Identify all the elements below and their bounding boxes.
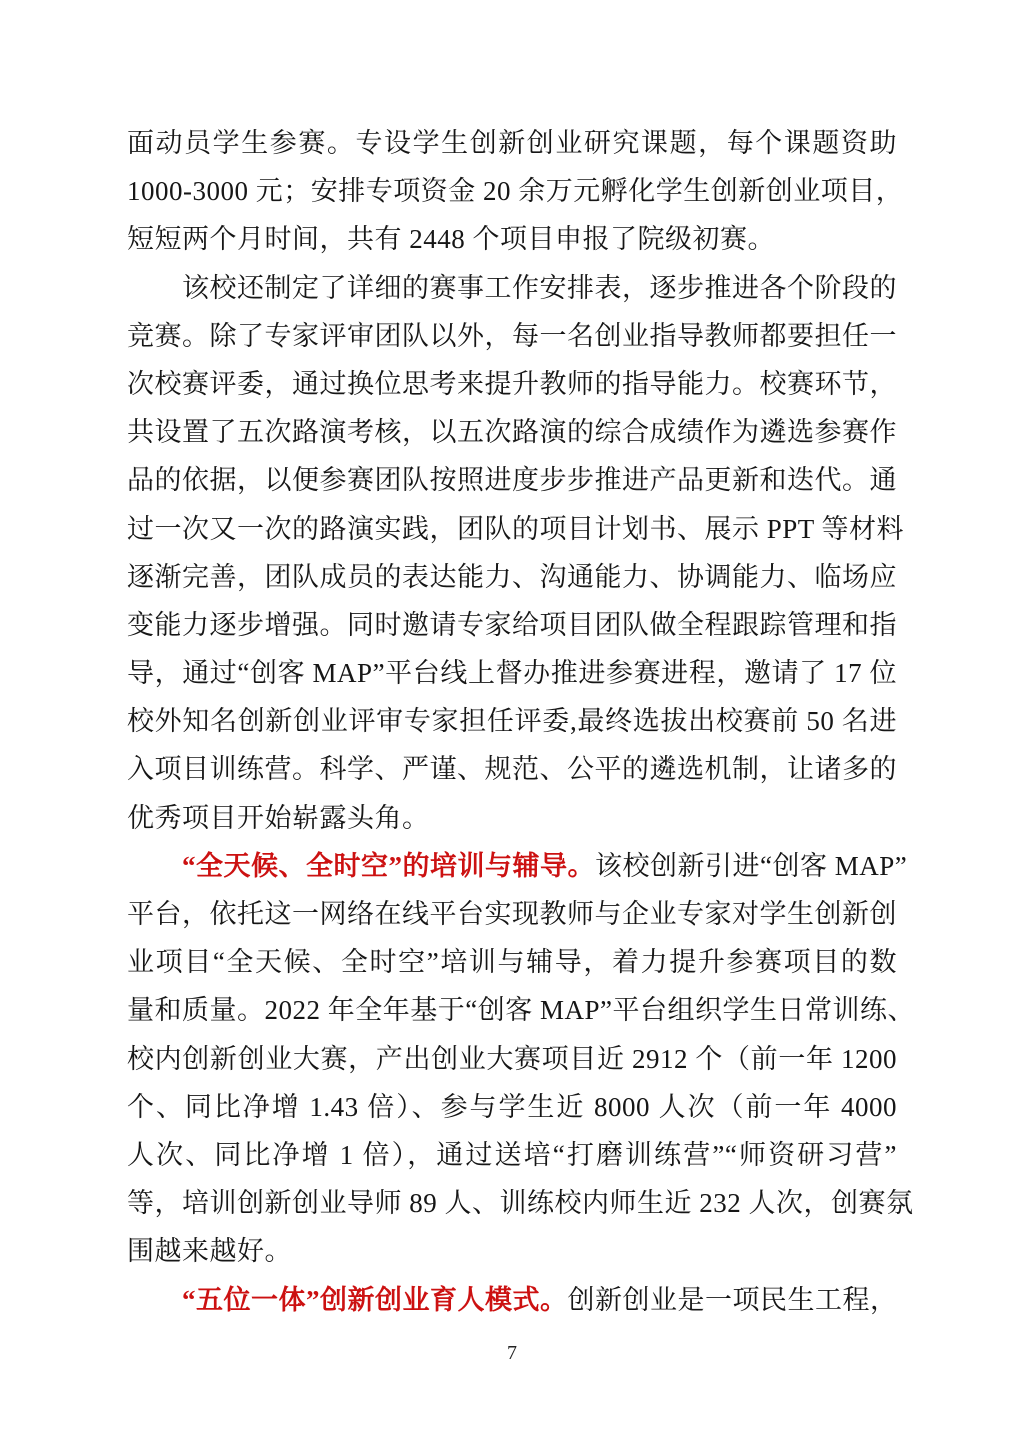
- text-line: 品的依据，以便参赛团队按照进度步步推进产品更新和迭代。通: [127, 456, 897, 504]
- inline-heading-red: “五位一体”创新创业育人模式。: [182, 1285, 568, 1315]
- text-line: 竞赛。除了专家评审团队以外，每一名创业指导教师都要担任一: [127, 312, 897, 360]
- text-line: 变能力逐步增强。同时邀请专家给项目团队做全程跟踪管理和指: [127, 601, 897, 649]
- text-line: 优秀项目开始崭露头角。: [127, 794, 897, 842]
- text-line: 等，培训创新创业导师 89 人、训练校内师生近 232 人次，创赛氛: [127, 1179, 897, 1227]
- text-line: 平台，依托这一网络在线平台实现教师与企业专家对学生创新创: [127, 890, 897, 938]
- text-line: 短短两个月时间，共有 2448 个项目申报了院级初赛。: [127, 215, 897, 263]
- text-line: 导，通过“创客 MAP”平台线上督办推进参赛进程，邀请了 17 位: [127, 649, 897, 697]
- text-line: 量和质量。2022 年全年基于“创客 MAP”平台组织学生日常训练、: [127, 986, 897, 1034]
- text-line: 个、同比净增 1.43 倍）、参与学生近 8000 人次（前一年 4000: [127, 1083, 897, 1131]
- text-line: 逐渐完善，团队成员的表达能力、沟通能力、协调能力、临场应: [127, 553, 897, 601]
- inline-heading-red: “全天候、全时空”的培训与辅导。: [182, 851, 595, 881]
- text-line: 次校赛评委，通过换位思考来提升教师的指导能力。校赛环节，: [127, 360, 897, 408]
- text-line: 人次、同比净增 1 倍），通过送培“打磨训练营”“师资研习营”: [127, 1131, 897, 1179]
- text-line: 校内创新创业大赛，产出创业大赛项目近 2912 个（前一年 1200: [127, 1035, 897, 1083]
- text-line: 共设置了五次路演考核，以五次路演的综合成绩作为遴选参赛作: [127, 408, 897, 456]
- text-line: 该校还制定了详细的赛事工作安排表，逐步推进各个阶段的: [127, 264, 897, 312]
- inline-heading-rest: 创新创业是一项民生工程，: [568, 1285, 898, 1315]
- text-line: “五位一体”创新创业育人模式。创新创业是一项民生工程，: [127, 1276, 897, 1324]
- text-line: 1000-3000 元；安排专项资金 20 余万元孵化学生创新创业项目，: [127, 167, 897, 215]
- text-line: 业项目“全天候、全时空”培训与辅导，着力提升参赛项目的数: [127, 938, 897, 986]
- text-line: 入项目训练营。科学、严谨、规范、公平的遴选机制，让诸多的: [127, 745, 897, 793]
- text-line: 围越来越好。: [127, 1227, 897, 1275]
- text-line: 校外知名创新创业评审专家担任评委,最终选拔出校赛前 50 名进: [127, 697, 897, 745]
- document-body: 面动员学生参赛。专设学生创新创业研究课题，每个课题资助 1000-3000 元；…: [127, 119, 897, 1324]
- page-number: 7: [0, 1338, 1024, 1368]
- text-line: “全天候、全时空”的培训与辅导。该校创新引进“创客 MAP”: [127, 842, 897, 890]
- inline-heading-rest: 该校创新引进“创客 MAP”: [595, 851, 907, 881]
- text-line: 过一次又一次的路演实践，团队的项目计划书、展示 PPT 等材料: [127, 505, 897, 553]
- text-line: 面动员学生参赛。专设学生创新创业研究课题，每个课题资助: [127, 119, 897, 167]
